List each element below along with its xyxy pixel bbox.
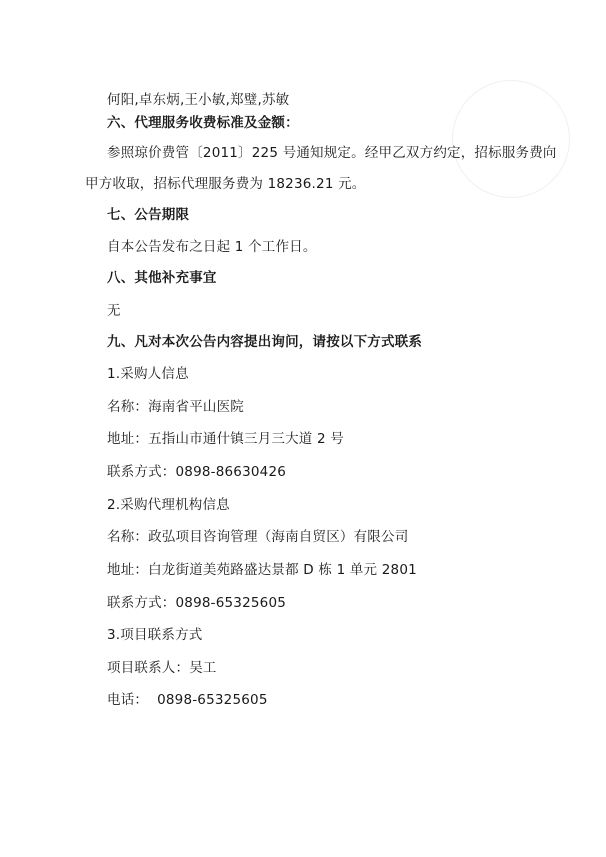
section-8-text: 无 [107, 302, 121, 320]
purchaser-name: 名称：海南省平山医院 [107, 398, 244, 416]
document-page: 何阳,卓东炳,王小敏,郑璧,苏敏 六、代理服务收费标准及金额： 参照琼价费管〔2… [0, 0, 606, 857]
agency-heading: 2.采购代理机构信息 [107, 496, 230, 514]
section-7-text: 自本公告发布之日起 1 个工作日。 [107, 238, 317, 256]
purchaser-heading: 1.采购人信息 [107, 365, 189, 383]
section-6-title: 六、代理服务收费标准及金额： [107, 114, 299, 132]
section-9-title: 九、凡对本次公告内容提出询问，请按以下方式联系 [107, 333, 422, 351]
reviewer-names: 何阳,卓东炳,王小敏,郑璧,苏敏 [107, 91, 289, 109]
agency-contact: 联系方式：0898-65325605 [107, 594, 286, 612]
section-6-text-line-1: 参照琼价费管〔2011〕225 号通知规定。经甲乙双方约定，招标服务费向 [107, 144, 557, 162]
project-contact-phone: 电话： 0898-65325605 [107, 691, 268, 709]
section-6-text-line-2: 甲方收取，招标代理服务费为 18236.21 元。 [85, 175, 366, 193]
purchaser-address: 地址：五指山市通什镇三月三大道 2 号 [107, 430, 344, 448]
purchaser-contact: 联系方式：0898-86630426 [107, 463, 286, 481]
agency-name: 名称：政弘项目咨询管理（海南自贸区）有限公司 [107, 528, 408, 546]
project-contact-person: 项目联系人：吴工 [107, 659, 217, 677]
agency-address: 地址：白龙街道美苑路盛达景都 D 栋 1 单元 2801 [107, 561, 417, 579]
section-8-title: 八、其他补充事宜 [107, 269, 217, 287]
project-contact-heading: 3.项目联系方式 [107, 626, 202, 644]
official-seal-stamp [452, 80, 570, 198]
section-7-title: 七、公告期限 [107, 206, 189, 224]
